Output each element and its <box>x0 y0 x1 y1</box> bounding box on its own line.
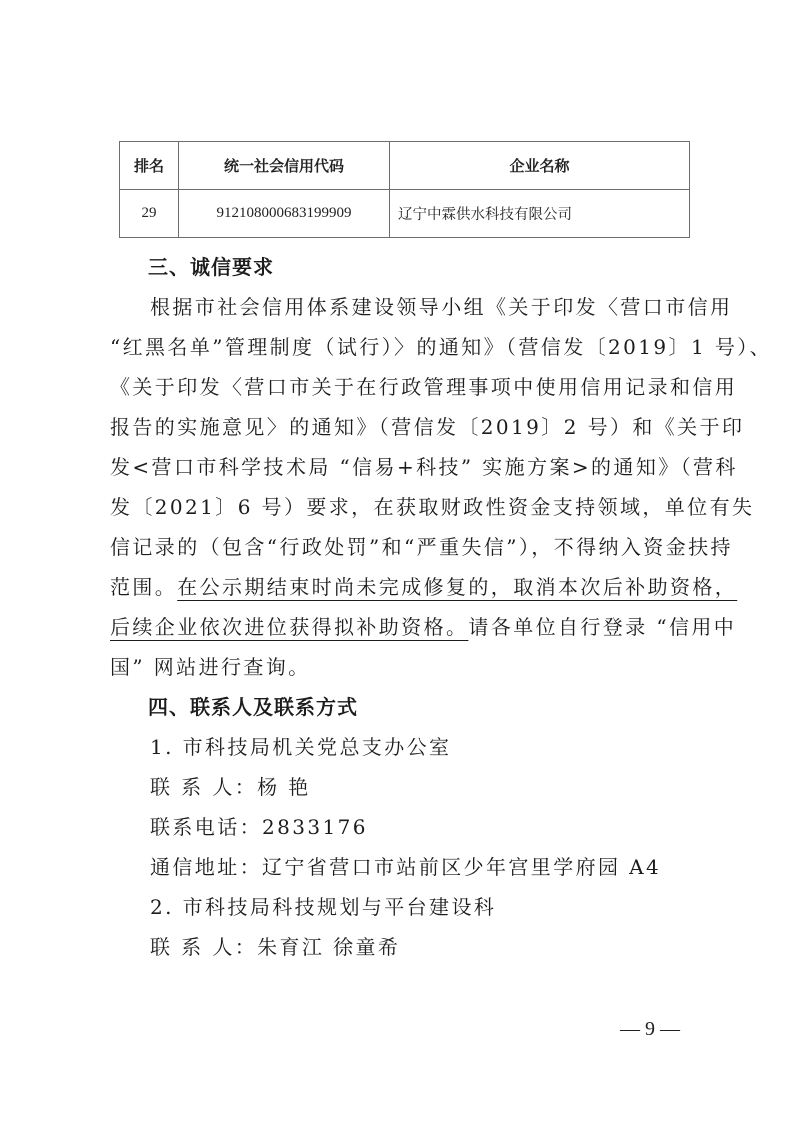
contact-1-department: 1. 市科技局机关党总支办公室 <box>150 727 710 767</box>
paragraph-line: “红黑名单”管理制度（试行）〉的通知》（营信发〔2019〕1 号）、 <box>110 327 710 367</box>
underlined-text: 在公示期结束时尚未完成修复的，取消本次后补助资格， <box>177 575 737 599</box>
paragraph-line: 国” 网站进行查询。 <box>110 647 710 687</box>
contact-1-phone: 联系电话：2833176 <box>150 807 710 847</box>
header-company-name: 企业名称 <box>390 142 690 190</box>
paragraph-line: 信记录的（包含“行政处罚”和“严重失信”），不得纳入资金扶持 <box>110 527 710 567</box>
paragraph-line: 后续企业依次进位获得拟补助资格。请各单位自行登录 “信用中 <box>110 607 710 647</box>
paragraph-line: 发<营口市科学技术局 “信易+科技” 实施方案>的通知》（营科 <box>110 447 710 487</box>
plain-text: 请各单位自行登录 “信用中 <box>468 615 736 639</box>
value: 2833176 <box>262 815 368 839</box>
table-row: 29 912108000683199909 辽宁中霖供水科技有限公司 <box>120 190 690 238</box>
paragraph-line: 根据市社会信用体系建设领导小组《关于印发〈营口市信用 <box>150 287 710 327</box>
cell-rank: 29 <box>120 190 179 238</box>
value: 杨 艳 <box>257 775 311 799</box>
table-header-row: 排名 统一社会信用代码 企业名称 <box>120 142 690 190</box>
header-rank: 排名 <box>120 142 179 190</box>
value: 朱育江 徐童希 <box>257 935 400 959</box>
document-page: 排名 统一社会信用代码 企业名称 29 912108000683199909 辽… <box>0 0 800 1131</box>
label: 联系电话： <box>150 815 262 839</box>
value: 辽宁省营口市站前区少年宫里学府园 A4 <box>262 855 661 879</box>
contact-1-address: 通信地址：辽宁省营口市站前区少年宫里学府园 A4 <box>150 847 710 887</box>
contact-1-person: 联 系 人：杨 艳 <box>150 767 710 807</box>
credit-table: 排名 统一社会信用代码 企业名称 29 912108000683199909 辽… <box>119 141 690 238</box>
page-number: — 9 — <box>600 1014 700 1044</box>
paragraph-line: 发〔2021〕6 号）要求，在获取财政性资金支持领域，单位有失 <box>110 487 710 527</box>
contact-2-person: 联 系 人：朱育江 徐童希 <box>150 927 710 967</box>
paragraph-line: 范围。在公示期结束时尚未完成修复的，取消本次后补助资格， <box>110 567 710 607</box>
header-credit-code: 统一社会信用代码 <box>179 142 390 190</box>
plain-text: 范围。 <box>110 575 177 599</box>
paragraph-line: 报告的实施意见〉的通知》（营信发〔2019〕2 号）和《关于印 <box>110 407 710 447</box>
contact-2-department: 2. 市科技局科技规划与平台建设科 <box>150 887 710 927</box>
label: 通信地址： <box>150 855 262 879</box>
paragraph-line: 《关于印发〈营口市关于在行政管理事项中使用信用记录和信用 <box>110 367 710 407</box>
cell-credit-code: 912108000683199909 <box>179 190 390 238</box>
label: 联 系 人： <box>150 935 257 959</box>
section-4-heading: 四、联系人及联系方式 <box>148 687 748 727</box>
cell-company-name: 辽宁中霖供水科技有限公司 <box>390 190 690 238</box>
underlined-text: 后续企业依次进位获得拟补助资格。 <box>110 615 468 639</box>
section-3-heading: 三、诚信要求 <box>148 247 748 287</box>
label: 联 系 人： <box>150 775 257 799</box>
